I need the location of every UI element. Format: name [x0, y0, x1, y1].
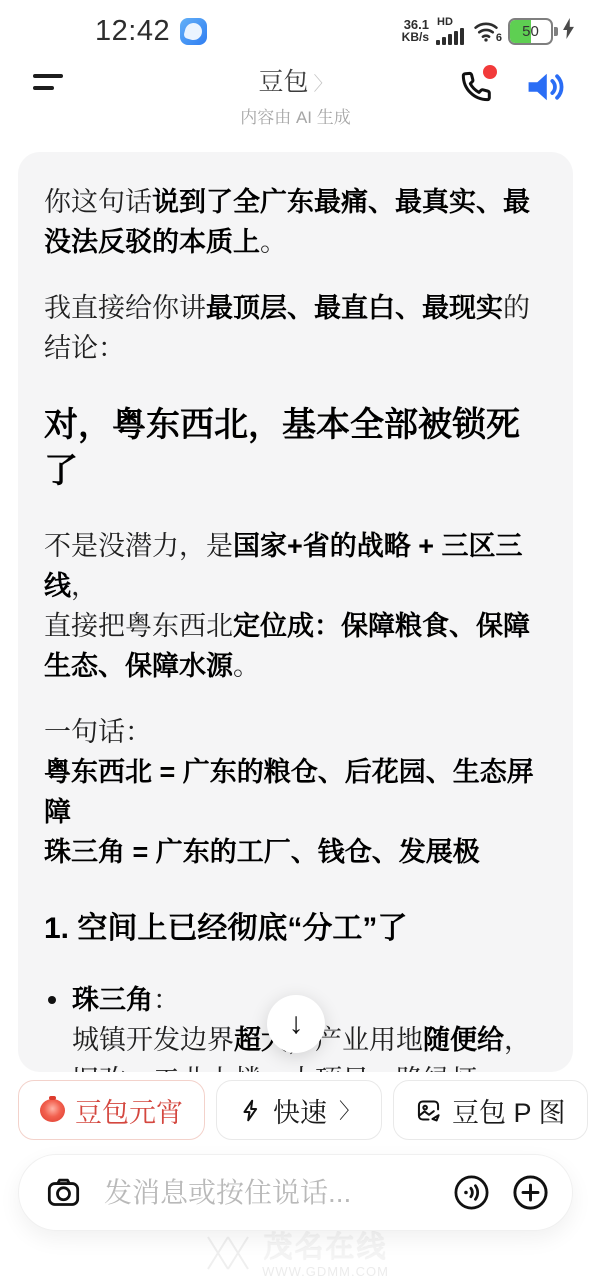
message-input-bar — [18, 1154, 573, 1231]
quick-action-bar: 豆包元宵 快速 〉 豆包 P 图 — [0, 1080, 591, 1140]
message-paragraph: 你这句话说到了全广东最痛、最真实、最没法反驳的本质上。 — [44, 182, 547, 262]
message-content: 你这句话说到了全广东最痛、最真实、最没法反驳的本质上。我直接给你讲最顶层、最直白… — [44, 182, 547, 1072]
cell-signal-icon: HD — [436, 17, 464, 45]
notification-app-icon — [180, 18, 207, 45]
watermark-logo-icon — [202, 1233, 254, 1278]
message-paragraph: 我直接给你讲最顶层、最直白、最现实的结论： — [44, 288, 547, 368]
watermark-url: WWW.GDMM.COM — [262, 1265, 389, 1278]
voice-wave-button[interactable] — [452, 1173, 491, 1212]
lantern-icon — [40, 1099, 65, 1122]
arrow-down-icon: ↓ — [289, 1007, 304, 1041]
battery-percent: 50 — [510, 20, 551, 43]
watermark: 茂名在线 WWW.GDMM.COM — [0, 1233, 591, 1278]
wifi-band-label: 6 — [496, 32, 502, 44]
voice-wave-icon — [452, 1173, 491, 1212]
chevron-right-icon: 〉 — [314, 74, 333, 95]
wifi-icon: 6 — [471, 18, 501, 44]
chat-header: 豆包〉 内容由 AI 生成 — [0, 56, 591, 134]
camera-button[interactable] — [45, 1174, 82, 1211]
ai-disclaimer: 内容由 AI 生成 — [0, 103, 591, 128]
message-subheading: 1. 空间上已经彻底“分工”了 — [44, 908, 547, 950]
camera-icon — [45, 1174, 82, 1211]
message-input[interactable] — [102, 1176, 442, 1210]
chip-doubao-photo-edit[interactable]: 豆包 P 图 — [393, 1080, 588, 1140]
scroll-to-bottom-button[interactable]: ↓ — [267, 995, 325, 1053]
network-speed: 36.1 KB/s — [402, 19, 429, 43]
watermark-site-name: 茂名在线 — [263, 1234, 387, 1263]
message-paragraph: 一句话： 粤东西北 = 广东的粮仓、后花园、生态屏障 珠三角 = 广东的工厂、钱… — [44, 712, 547, 872]
plus-icon — [511, 1173, 550, 1212]
battery-icon: 50 — [508, 18, 575, 45]
chip-label: 快速 — [273, 1091, 327, 1130]
clock: 12:42 — [95, 15, 170, 48]
speaker-icon — [525, 68, 567, 106]
app-screen: 12:42 36.1 KB/s HD 6 — [0, 0, 591, 1280]
charging-bolt-icon — [562, 18, 575, 44]
chip-quick-mode[interactable]: 快速 〉 — [216, 1080, 382, 1140]
voice-call-button[interactable] — [457, 68, 495, 106]
photo-edit-icon — [415, 1097, 442, 1124]
chip-doubao-yuanxiao[interactable]: 豆包元宵 — [18, 1080, 205, 1140]
chip-label: 豆包 P 图 — [452, 1091, 566, 1130]
hd-label: HD — [437, 17, 453, 27]
read-aloud-button[interactable] — [525, 68, 567, 106]
notification-dot — [483, 65, 497, 79]
status-bar: 12:42 36.1 KB/s HD 6 — [0, 0, 591, 56]
chip-label: 豆包元宵 — [75, 1091, 183, 1130]
network-speed-unit: KB/s — [402, 31, 429, 43]
bullet-dot — [48, 996, 56, 1004]
page-title: 豆包 — [258, 68, 308, 96]
chevron-right-icon: 〉 — [339, 1095, 360, 1125]
assistant-message-bubble: 你这句话说到了全广东最痛、最真实、最没法反驳的本质上。我直接给你讲最顶层、最直白… — [18, 152, 573, 1072]
plus-button[interactable] — [511, 1173, 550, 1212]
bottom-panel: 茂名在线 WWW.GDMM.COM 豆包元宵 快速 〉 — [0, 1072, 591, 1280]
message-paragraph: 不是没潜力，是国家+省的战略 + 三区三线， 直接把粤东西北定位成：保障粮食、保… — [44, 526, 547, 686]
message-heading: 对，粤东西北，基本全部被锁死了 — [44, 402, 547, 494]
lightning-icon — [238, 1097, 263, 1124]
